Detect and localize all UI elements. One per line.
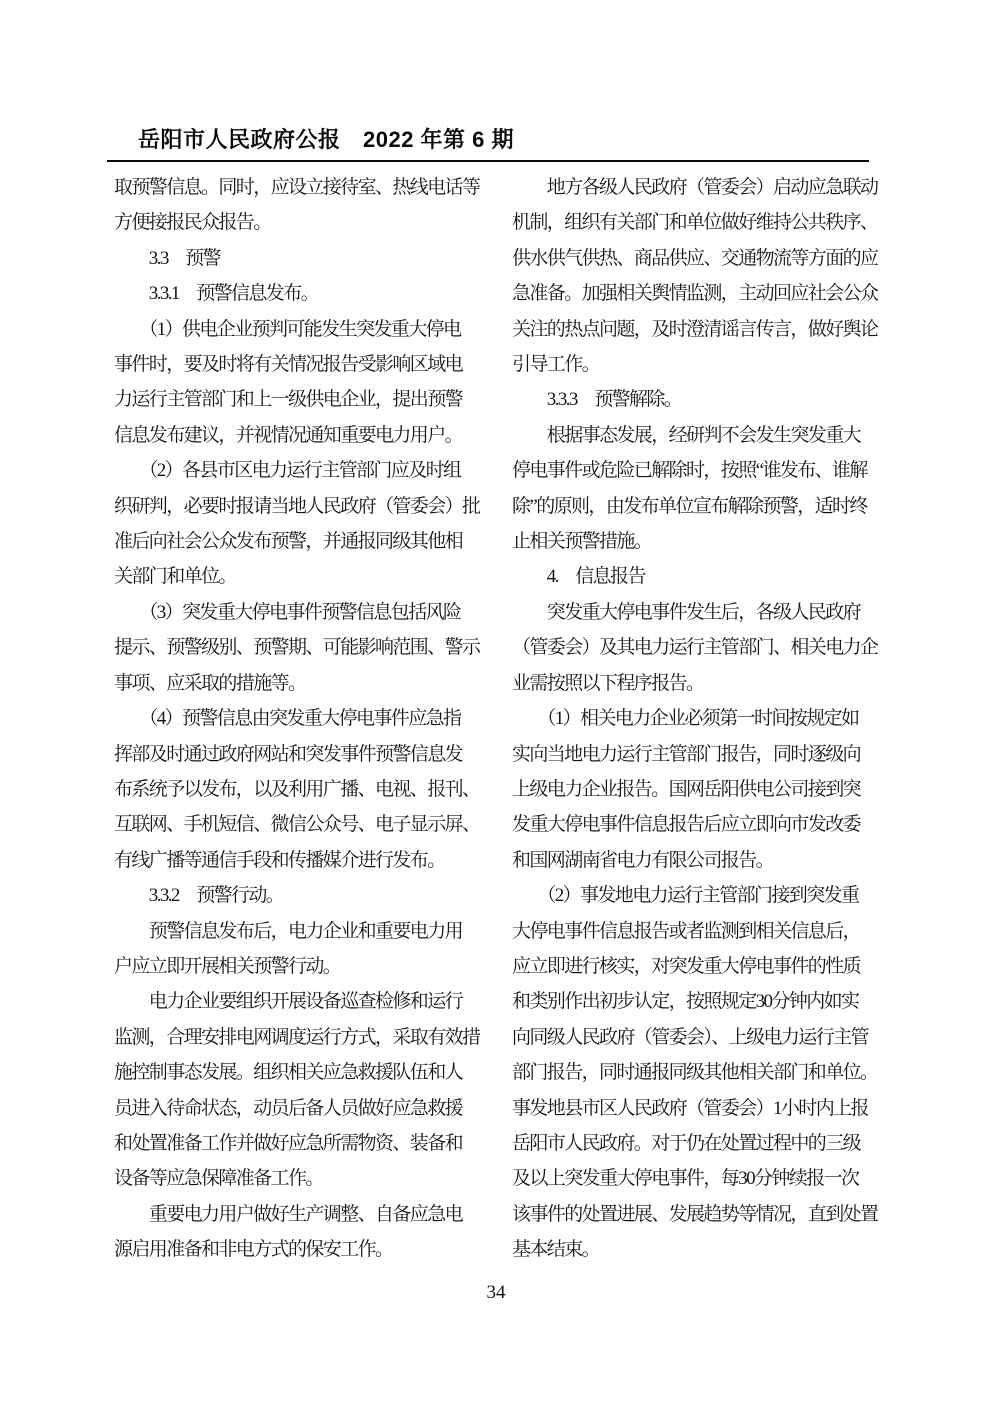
right-column-text: 地方各级人民政府（管委会）启动应急联动 机制，组织有关部门和单位做好维持公共秩序… (512, 170, 878, 1268)
page-footer: 34 (0, 1281, 992, 1305)
body-columns: 取预警信息。同时，应设立接待室、热线电话等 方便接报民众报告。 3.3 预警 3… (114, 170, 878, 1268)
page-header: 岳阳市人民政府公报 2022 年第 6 期 (107, 127, 869, 162)
document-page: 岳阳市人民政府公报 2022 年第 6 期 取预警信息。同时，应设立接待室、热线… (0, 0, 992, 1403)
gazette-title: 岳阳市人民政府公报 2022 年第 6 期 (107, 127, 869, 153)
left-column-text: 取预警信息。同时，应设立接待室、热线电话等 方便接报民众报告。 3.3 预警 3… (114, 170, 480, 1268)
page-number: 34 (487, 1282, 506, 1303)
